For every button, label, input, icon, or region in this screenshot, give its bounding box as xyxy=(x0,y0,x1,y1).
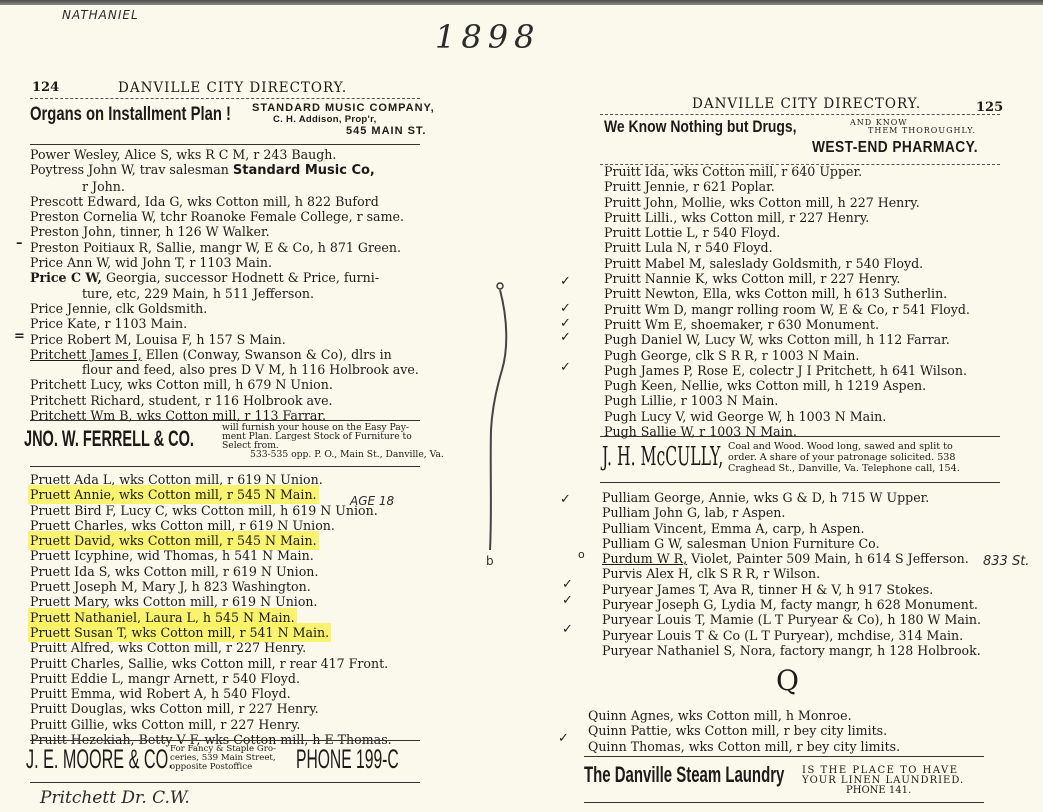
ferrell-furniture-ad: JNO. W. FERRELL & CO. will furnish your … xyxy=(30,422,422,460)
ad-headline: J. E. MOORE & CO. xyxy=(26,744,173,775)
list-item: Preston Cornelia W, tchr Roanoke Female … xyxy=(30,209,419,224)
list-item: Pruett Ida S, wks Cotton mill, r 619 N U… xyxy=(30,564,392,579)
list-item: Purvis Alex H, clk S R R, r Wilson. xyxy=(602,566,981,581)
divider xyxy=(30,98,420,99)
running-head: DANVILLE CITY DIRECTORY. xyxy=(692,96,921,112)
list-item: Pruett Mary, wks Cotton mill, r 619 N Un… xyxy=(30,594,392,609)
entries-block-3: Quinn Agnes, wks Cotton mill, h Monroe. … xyxy=(588,708,900,754)
entries-block-2: Pulliam George, Annie, wks G & D, h 715 … xyxy=(602,490,981,658)
list-item: Pruitt Wm D, mangr rolling room W, E & C… xyxy=(604,302,970,317)
ad-text-line: PHONE 141. xyxy=(846,786,911,796)
mccully-coal-ad: J. H. McCULLY, Coal and Wood. Wood long,… xyxy=(600,438,1000,478)
ad-text-line: order. A share of your patronage solicit… xyxy=(728,452,956,463)
list-item: Puryear Nathaniel S, Nora, factory mangr… xyxy=(602,643,981,658)
moore-grocery-ad: J. E. MOORE & CO. For Fancy & Staple Gro… xyxy=(30,742,422,778)
list-item: Pugh Lillie, r 1003 N Main. xyxy=(604,393,970,408)
list-item: Poytress John W, trav salesman Standard … xyxy=(30,162,419,178)
list-item: Pulliam Vincent, Emma A, carp, h Aspen. xyxy=(602,521,981,536)
list-item: Purdum W R, Violet, Painter 509 Main, h … xyxy=(602,551,981,566)
handwritten-bottom-note: Pritchett Dr. C.W. xyxy=(40,788,190,808)
checkmark-icon: ✓ xyxy=(560,301,571,316)
list-item: Pritchett Richard, student, r 116 Holbro… xyxy=(30,393,419,408)
checkmark-icon: ✓ xyxy=(558,731,569,746)
list-item: Pruett Icyphine, wid Thomas, h 541 N Mai… xyxy=(30,548,392,563)
ad-text-line: Craghead St., Danville, Va. Telephone ca… xyxy=(728,463,960,474)
checkmark-icon: ✓ xyxy=(560,360,571,375)
list-item: Price Kate, r 1103 Main. xyxy=(30,316,419,331)
checkmark-icon: ✓ xyxy=(562,593,573,608)
circle-mark-icon: o xyxy=(578,548,585,561)
checkmark-icon: ✓ xyxy=(560,274,571,289)
list-item: Pruitt Lilli., wks Cotton mill, r 227 He… xyxy=(604,210,970,225)
list-item: Pruitt Douglas, wks Cotton mill, r 227 H… xyxy=(30,701,392,716)
list-item: Pruitt Emma, wid Robert A, h 540 Floyd. xyxy=(30,686,392,701)
list-item: Pugh Lucy V, wid George W, h 1003 N Main… xyxy=(604,409,970,424)
page-number: 125 xyxy=(976,100,1003,115)
ad-headline: JNO. W. FERRELL & CO. xyxy=(24,426,194,452)
scan-top-edge xyxy=(0,0,1043,5)
list-item: Pruitt Alfred, wks Cotton mill, r 227 He… xyxy=(30,640,392,655)
list-item: Pugh Daniel W, Lucy W, wks Cotton mill, … xyxy=(604,332,970,347)
list-item: Pruett Joseph M, Mary J, h 823 Washingto… xyxy=(30,579,392,594)
list-item: Power Wesley, Alice S, wks R C M, r 243 … xyxy=(30,147,419,162)
handwritten-year-note: 1898 xyxy=(435,18,540,56)
list-item: Quinn Thomas, wks Cotton mill, r bey cit… xyxy=(588,739,900,754)
list-item: Quinn Pattie, wks Cotton mill, r bey cit… xyxy=(588,723,900,738)
ad-headline: The Danville Steam Laundry xyxy=(584,762,784,788)
ad-proprietor: C. H. Addison, Prop'r, xyxy=(273,114,377,125)
checkmark-icon: ✓ xyxy=(560,330,571,345)
entries-block-1: Power Wesley, Alice S, wks R C M, r 243 … xyxy=(30,147,419,423)
list-item: flour and feed, also pres D V M, h 116 H… xyxy=(30,362,419,377)
list-item: r John. xyxy=(30,179,419,194)
page-number: 124 xyxy=(32,80,59,95)
list-item: Puryear Joseph G, Lydia M, facty mangr, … xyxy=(602,597,981,612)
running-head: DANVILLE CITY DIRECTORY. xyxy=(118,80,347,96)
ad-headline: Organs on Installment Plan ! xyxy=(30,104,231,126)
list-item: Pruitt Charles, Sallie, wks Cotton mill,… xyxy=(30,656,392,671)
list-item: Pugh James P, Rose E, colectr J I Pritch… xyxy=(604,363,970,378)
handwritten-name-note: NATHANIEL xyxy=(62,8,139,22)
list-item: Pruitt Wm E, shoemaker, r 630 Monument. xyxy=(604,317,970,332)
list-item: Pruitt Jennie, r 621 Poplar. xyxy=(604,179,970,194)
divider xyxy=(600,482,1000,483)
ad-address: 545 MAIN ST. xyxy=(346,125,426,137)
ad-headline: J. H. McCULLY, xyxy=(602,442,723,472)
divider xyxy=(584,756,984,757)
highlighted-list-item: Pruett David, wks Cotton mill, r 545 N M… xyxy=(30,533,392,548)
list-item: Pruitt Mabel M, saleslady Goldsmith, r 5… xyxy=(604,256,970,271)
ad-text-line: opposite Postoffice xyxy=(170,763,252,772)
highlighted-list-item: Pruett Annie, wks Cotton mill, r 545 N M… xyxy=(30,487,392,502)
standard-music-ad: Organs on Installment Plan ! STANDARD MU… xyxy=(30,100,422,142)
list-item: Pruitt Ida, wks Cotton mill, r 640 Upper… xyxy=(604,164,970,179)
list-item: Price C W, Georgia, successor Hodnett & … xyxy=(30,270,419,285)
dash-mark-icon: – xyxy=(16,236,23,251)
list-item: Pruett Ada L, wks Cotton mill, r 619 N U… xyxy=(30,472,392,487)
list-item: Pruitt Eddie L, mangr Arnett, r 540 Floy… xyxy=(30,671,392,686)
list-item: Pruett Charles, wks Cotton mill, r 619 N… xyxy=(30,518,392,533)
list-item: Pruitt Nannie K, wks Cotton mill, r 227 … xyxy=(604,271,970,286)
divider xyxy=(600,436,1000,437)
entries-block-2: Pruett Ada L, wks Cotton mill, r 619 N U… xyxy=(30,472,392,747)
list-item: Pritchett Lucy, wks Cotton mill, h 679 N… xyxy=(30,377,419,392)
ad-tagline: THEM THOROUGHLY. xyxy=(868,126,976,136)
ad-text-line: Coal and Wood. Wood long, sawed and spli… xyxy=(728,441,953,452)
list-item: Price Ann W, wid John T, r 1103 Main. xyxy=(30,255,419,270)
divider xyxy=(30,420,420,421)
list-item: Puryear James T, Ava R, tinner H & V, h … xyxy=(602,582,981,597)
list-item: Preston John, tinner, h 126 W Walker. xyxy=(30,224,419,239)
list-item: Preston Poitiaux R, Sallie, mangr W, E &… xyxy=(30,240,419,255)
checkmark-icon: ✓ xyxy=(562,577,573,592)
checkmark-icon: ✓ xyxy=(560,492,571,507)
list-item: Puryear Louis T, Mamie (L T Puryear & Co… xyxy=(602,612,981,627)
list-item: Pruett Bird F, Lucy C, wks Cotton mill, … xyxy=(30,503,392,518)
list-item: Prescott Edward, Ida G, wks Cotton mill,… xyxy=(30,194,419,209)
list-item: Price Jennie, clk Goldsmith. xyxy=(30,301,419,316)
handwritten-address-note: 833 St. xyxy=(983,554,1029,569)
list-item: Pulliam John G, lab, r Aspen. xyxy=(602,505,981,520)
section-letter: Q xyxy=(776,664,799,697)
ad-text-line: 533-535 opp. P. O., Main St., Danville, … xyxy=(250,450,444,460)
highlighted-list-item: Pruett Susan T, wks Cotton mill, r 541 N… xyxy=(30,625,392,640)
list-item: Pugh Keen, Nellie, wks Cotton mill, h 12… xyxy=(604,378,970,393)
list-item: Pruitt Newton, Ella, wks Cotton mill, h … xyxy=(604,286,970,301)
divider xyxy=(584,802,984,803)
list-item: ture, etc, 229 Main, h 511 Jefferson. xyxy=(30,286,419,301)
ad-company: STANDARD MUSIC COMPANY, xyxy=(252,102,435,114)
highlighted-list-item: Pruett Nathaniel, Laura L, h 545 N Main. xyxy=(30,610,392,625)
list-item: Price Robert M, Louisa F, h 157 S Main. xyxy=(30,332,419,347)
pencil-bracket-line: b xyxy=(478,280,518,570)
west-end-pharmacy-ad: We Know Nothing but Drugs, AND KNOW THEM… xyxy=(604,115,1004,161)
list-item: Pulliam G W, salesman Union Furniture Co… xyxy=(602,536,981,551)
steam-laundry-ad: The Danville Steam Laundry IS THE PLACE … xyxy=(584,758,984,798)
entries-block-1: Pruitt Ida, wks Cotton mill, r 640 Upper… xyxy=(604,164,970,439)
list-item: Pruitt Lula N, r 540 Floyd. xyxy=(604,240,970,255)
double-dash-mark-icon: = xyxy=(14,329,25,344)
list-item: Pruitt Lottie L, r 540 Floyd. xyxy=(604,225,970,240)
ad-headline: We Know Nothing but Drugs, xyxy=(604,117,797,137)
divider xyxy=(30,740,420,741)
svg-text:b: b xyxy=(486,554,494,568)
list-item: Pritchett James I, Ellen (Conway, Swanso… xyxy=(30,347,419,362)
checkmark-icon: ✓ xyxy=(562,622,573,637)
list-item: Quinn Agnes, wks Cotton mill, h Monroe. xyxy=(588,708,900,723)
checkmark-icon: ✓ xyxy=(560,316,571,331)
list-item: Pugh George, clk S R R, r 1003 N Main. xyxy=(604,348,970,363)
list-item: Pruitt Gillie, wks Cotton mill, r 227 He… xyxy=(30,717,392,732)
ad-phone: PHONE 199-C xyxy=(296,744,399,775)
list-item: Puryear Louis T & Co (L T Puryear), mchd… xyxy=(602,628,981,643)
divider xyxy=(30,466,420,467)
ad-company: WEST-END PHARMACY. xyxy=(812,139,978,157)
list-item: Pruitt John, Mollie, wks Cotton mill, h … xyxy=(604,195,970,210)
divider xyxy=(30,144,420,145)
divider xyxy=(30,782,420,783)
list-item: Pulliam George, Annie, wks G & D, h 715 … xyxy=(602,490,981,505)
